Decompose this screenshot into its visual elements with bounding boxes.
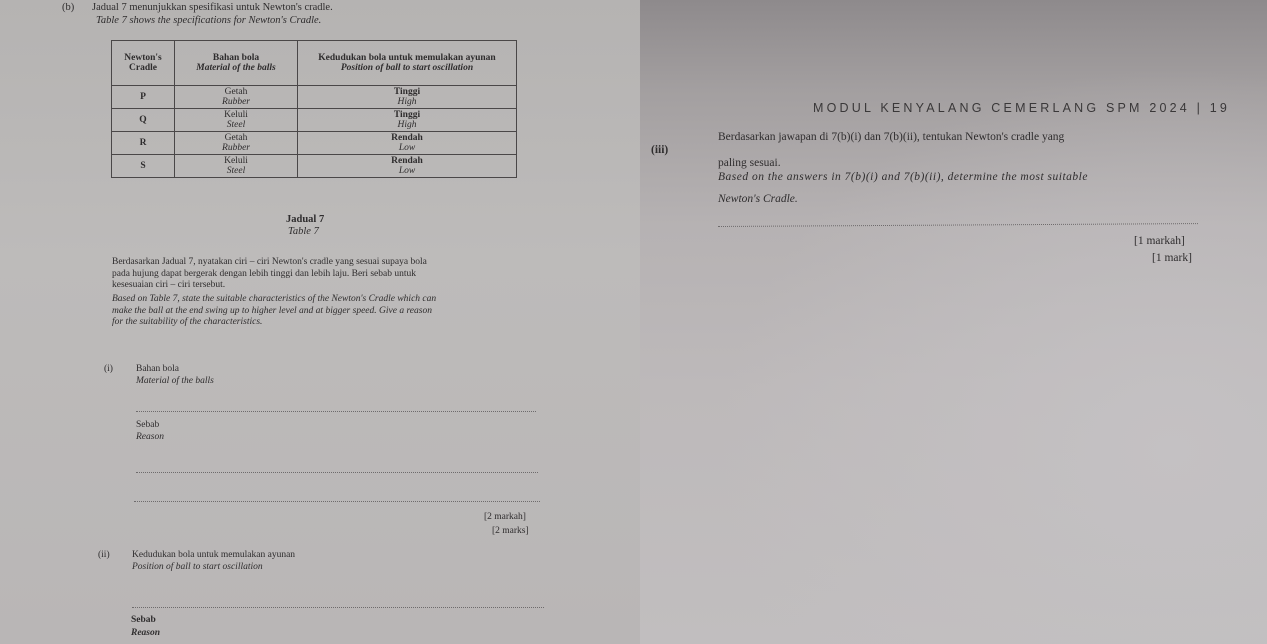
part-label: (b) <box>62 2 74 13</box>
q2-answer-line[interactable] <box>132 607 544 608</box>
intro-en: Table 7 shows the specifications for New… <box>96 15 321 26</box>
table-caption-en: Table 7 <box>288 226 319 237</box>
q1-label-ms: Bahan bola <box>136 364 179 376</box>
q3-marks-ms: [1 markah] <box>1134 234 1185 249</box>
q1-marks-en: [2 marks] <box>492 526 529 538</box>
q1-reason-ms: Sebab <box>136 420 159 432</box>
table-row: Q KeluliSteel TinggiHigh <box>112 109 517 132</box>
q2-number: (ii) <box>98 550 110 562</box>
instruction-en: Based on Table 7, state the suitable cha… <box>112 294 436 329</box>
q3-text-ms-1: Berdasarkan jawapan di 7(b)(i) dan 7(b)(… <box>718 130 1064 145</box>
q3-answer-line[interactable] <box>718 223 1198 227</box>
table-row: R GetahRubber RendahLow <box>112 132 517 155</box>
q1-reason-line-2[interactable] <box>134 501 540 502</box>
table-row: S KeluliSteel RendahLow <box>112 155 517 178</box>
q3-marks-en: [1 mark] <box>1152 251 1192 266</box>
q1-number: (i) <box>104 364 113 376</box>
header-position: Kedudukan bola untuk memulakan ayunan Po… <box>298 41 517 86</box>
q1-answer-line[interactable] <box>136 411 536 412</box>
header-material: Bahan bola Material of the balls <box>175 41 298 86</box>
header-cradle: Newton's Cradle <box>112 41 175 86</box>
instruction-ms: Berdasarkan Jadual 7, nyatakan ciri – ci… <box>112 257 427 292</box>
q3-text-en-2: Newton's Cradle. <box>718 192 798 207</box>
q3-number: (iii) <box>651 143 668 158</box>
q1-reason-line-1[interactable] <box>136 472 538 473</box>
intro-ms: Jadual 7 menunjukkan spesifikasi untuk N… <box>92 2 333 13</box>
q2-reason-ms: Sebab <box>131 615 156 627</box>
specification-table: Newton's Cradle Bahan bola Material of t… <box>111 40 517 178</box>
table-row: P GetahRubber TinggiHigh <box>112 86 517 109</box>
table-caption-ms: Jadual 7 <box>286 214 324 225</box>
q1-reason-en: Reason <box>136 432 164 444</box>
table-header-row: Newton's Cradle Bahan bola Material of t… <box>112 41 517 86</box>
q2-label-en: Position of ball to start oscillation <box>132 562 263 574</box>
q1-label-en: Material of the balls <box>136 376 214 388</box>
module-header: MODUL KENYALANG CEMERLANG SPM 2024 | 19 <box>813 101 1230 115</box>
q3-text-ms-2: paling sesuai. <box>718 156 781 171</box>
q2-reason-en: Reason <box>131 628 160 640</box>
left-page-photo: (b) Jadual 7 menunjukkan spesifikasi unt… <box>0 0 640 644</box>
q1-marks-ms: [2 markah] <box>484 512 526 524</box>
q3-text-en-1: Based on the answers in 7(b)(i) and 7(b)… <box>718 170 1088 185</box>
right-page-photo: MODUL KENYALANG CEMERLANG SPM 2024 | 19 … <box>640 0 1267 644</box>
q2-label-ms: Kedudukan bola untuk memulakan ayunan <box>132 550 295 562</box>
